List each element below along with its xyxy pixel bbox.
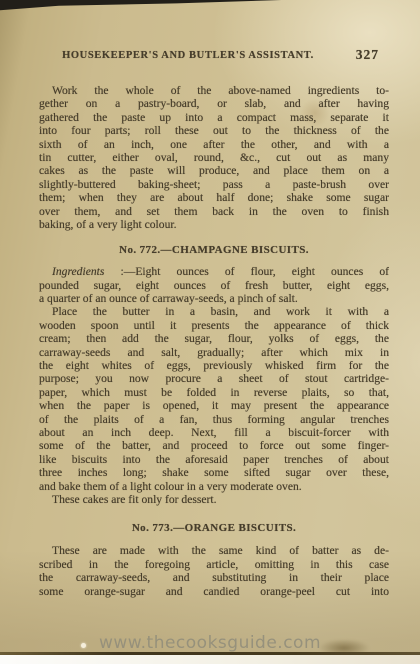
paragraph-note: These cakes are fit only for dessert. (39, 493, 389, 506)
text-line: over them, and set them back in the oven… (39, 205, 389, 218)
text-line: the carraway-seeds, and substituting in … (39, 571, 389, 584)
scan-edge-bottom (0, 655, 420, 664)
text-line: a quarter of an ounce of carraway-seeds,… (39, 292, 389, 305)
page-number: 327 (356, 47, 379, 63)
text-line: purpose; you now procure a sheet of stou… (39, 372, 389, 385)
text-line: wooden spoon until it presents the appea… (39, 319, 389, 332)
text-line: slightly-buttered baking-sheet; pass a p… (39, 178, 389, 191)
text-line: cream; then add the sugar, flour, yolks … (39, 332, 389, 345)
text-line: Ingredients :—Eight ounces of flour, eig… (39, 265, 389, 278)
text-line: tin cutter, either oval, round, &c., cut… (39, 151, 389, 164)
text-line: of the plaits of a fan, thus forming ang… (39, 413, 389, 426)
text-line: gathered the paste up into a compact mas… (39, 111, 389, 124)
paragraph-ingredients: Ingredients :—Eight ounces of flour, eig… (39, 265, 389, 305)
running-header: HOUSEKEEPER'S AND BUTLER'S ASSISTANT. 32… (39, 50, 389, 65)
text-line: three inches long; shake some sifted sug… (39, 466, 389, 479)
text-line: These are made with the same kind of bat… (39, 544, 389, 557)
text-line: scribed in the foregoing article, omitti… (39, 558, 389, 571)
text-line: some orange-sugar and candied orange-pee… (39, 585, 389, 598)
text-line: when the paper is opened, it may present… (39, 399, 389, 412)
italic-lead: Ingredients (52, 265, 104, 278)
text-line: into four parts; roll these out to the t… (39, 124, 389, 137)
text-line: gether on a pastry-board, or slab, and a… (39, 97, 389, 110)
text-line: sixth of an inch, one after the other, a… (39, 138, 389, 151)
text-line: some of the batter, and proceed to force… (39, 439, 389, 452)
text-line: cakes as the paste will produce, and pla… (39, 164, 389, 177)
paragraph-method: Place the butter in a basin, and work it… (39, 305, 389, 492)
text-line: carraway-seeds and salt, gradually; afte… (39, 346, 389, 359)
running-header-title: HOUSEKEEPER'S AND BUTLER'S ASSISTANT. (39, 50, 337, 61)
watermark: www.thecooksguide.com (0, 633, 420, 653)
text-line: paper, which must be folded in reverse p… (39, 386, 389, 399)
text-line: and bake them of a light colour in a ver… (39, 480, 389, 493)
recipe-heading-orange-biscuits: No. 773.—ORANGE BISCUITS. (39, 521, 389, 535)
recipe-heading-champagne-biscuits: No. 772.—CHAMPAGNE BISCUITS. (39, 243, 389, 257)
text-line: These cakes are fit only for dessert. (39, 493, 389, 506)
text-block: HOUSEKEEPER'S AND BUTLER'S ASSISTANT. 32… (39, 50, 389, 598)
text-line: Work the whole of the above-named ingred… (39, 84, 389, 97)
paragraph-orange: These are made with the same kind of bat… (39, 544, 389, 598)
text-line: the eight whites of eggs, previously whi… (39, 359, 389, 372)
text-line: baking, of a very light colour. (39, 218, 389, 231)
paragraph-intro: Work the whole of the above-named ingred… (39, 84, 389, 231)
text-line: like biscuits into the aforesaid paper t… (39, 453, 389, 466)
text-line: Place the butter in a basin, and work it… (39, 305, 389, 318)
text-line: pounded sugar, eight ounces of fresh but… (39, 279, 389, 292)
text-line: them; when they are about half done; sha… (39, 191, 389, 204)
scanned-book-page: HOUSEKEEPER'S AND BUTLER'S ASSISTANT. 32… (0, 0, 420, 664)
text-line: about an inch deep. Next, fill a biscuit… (39, 426, 389, 439)
